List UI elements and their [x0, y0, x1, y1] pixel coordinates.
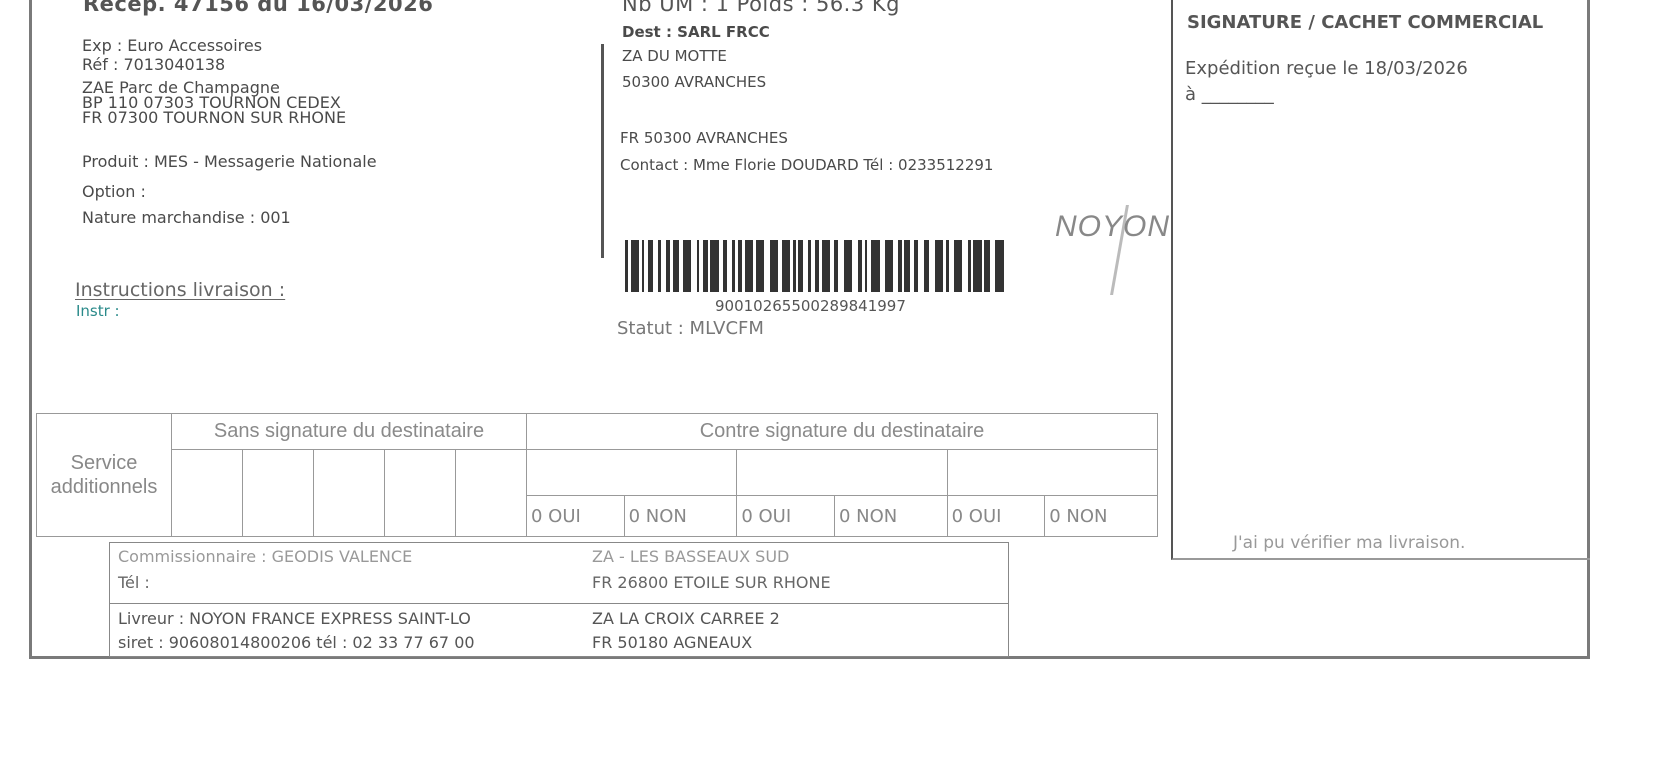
service-checkbox-cell[interactable] — [243, 449, 314, 536]
dest-contact: Contact : Mme Florie DOUDARD Tél : 02335… — [620, 156, 993, 174]
option-oui[interactable]: 0 OUI — [947, 496, 1045, 537]
statut: Statut : MLVCFM — [617, 318, 764, 339]
carrier-divider — [110, 603, 1008, 604]
produit: Produit : MES - Messagerie Nationale — [82, 152, 377, 171]
exp-ref: Réf : 7013040138 — [82, 55, 225, 74]
dest-country-line: FR 50300 AVRANCHES — [620, 129, 788, 147]
service-checkbox-cell[interactable] — [385, 449, 456, 536]
dest-address-line: ZA DU MOTTE — [622, 47, 727, 65]
service-checkbox-cell[interactable] — [456, 449, 527, 536]
commissionnaire-address-line1: ZA - LES BASSEAUX SUD — [592, 547, 789, 566]
option-non[interactable]: 0 NON — [834, 496, 947, 537]
service-checkbox-cell[interactable] — [314, 449, 385, 536]
contre-signature-header: Contre signature du destinataire — [527, 414, 1158, 450]
option-non[interactable]: 0 NON — [624, 496, 737, 537]
dest-address-line: 50300 AVRANCHES — [622, 73, 766, 91]
dest-name: Dest : SARL FRCC — [622, 23, 770, 41]
livreur-name: Livreur : NOYON FRANCE EXPRESS SAINT-LO — [118, 609, 471, 628]
signature-title: SIGNATURE / CACHET COMMERCIAL — [1187, 12, 1543, 33]
instructions-title: Instructions livraison : — [75, 279, 285, 301]
services-label: Serviceadditionnels — [37, 414, 172, 537]
contre-signature-cell[interactable] — [947, 449, 1157, 496]
reception-title: Récep. 47156 du 16/03/2026 — [83, 0, 433, 16]
barcode — [625, 240, 1010, 292]
dest-vertical-rule — [601, 44, 604, 258]
services-label-text: Serviceadditionnels — [51, 452, 158, 498]
barcode-number: 90010265500289841997 — [715, 297, 906, 315]
noyon-logo: NOYON — [1055, 210, 1170, 244]
nb-um-poids: Nb UM : 1 Poids : 56.3 Kg — [622, 0, 900, 16]
option-oui[interactable]: 0 OUI — [527, 496, 625, 537]
carrier-box: Commissionnaire : GEODIS VALENCE Tél : Z… — [109, 542, 1009, 657]
signature-received: Expédition reçue le 18/03/2026 — [1185, 58, 1468, 79]
commissionnaire-tel: Tél : — [118, 573, 150, 592]
livreur-address-line1: ZA LA CROIX CARREE 2 — [592, 609, 780, 628]
contre-signature-cell[interactable] — [737, 449, 947, 496]
option: Option : — [82, 182, 146, 201]
option-oui[interactable]: 0 OUI — [737, 496, 835, 537]
commissionnaire-name: Commissionnaire : GEODIS VALENCE — [118, 547, 412, 566]
signature-at-field[interactable]: à ________ — [1185, 84, 1274, 105]
exp-address: ZAE Parc de Champagne BP 110 07303 TOURN… — [82, 80, 346, 125]
instructions-instr: Instr : — [76, 302, 120, 320]
exp-address-line: FR 07300 TOURNON SUR RHONE — [82, 110, 346, 125]
livreur-address-line2: FR 50180 AGNEAUX — [592, 633, 752, 652]
nature-marchandise: Nature marchandise : 001 — [82, 208, 291, 227]
option-non[interactable]: 0 NON — [1045, 496, 1158, 537]
exp-name: Exp : Euro Accessoires — [82, 36, 262, 55]
service-checkbox-cell[interactable] — [172, 449, 243, 536]
livreur-siret-tel: siret : 90608014800206 tél : 02 33 77 67… — [118, 633, 475, 652]
signature-verify: J'ai pu vérifier ma livraison. — [1233, 533, 1465, 553]
services-table: Serviceadditionnels Sans signature du de… — [36, 413, 1158, 537]
contre-signature-cell[interactable] — [527, 449, 737, 496]
sans-signature-header: Sans signature du destinataire — [172, 414, 527, 450]
commissionnaire-address-line2: FR 26800 ETOILE SUR RHONE — [592, 573, 831, 592]
